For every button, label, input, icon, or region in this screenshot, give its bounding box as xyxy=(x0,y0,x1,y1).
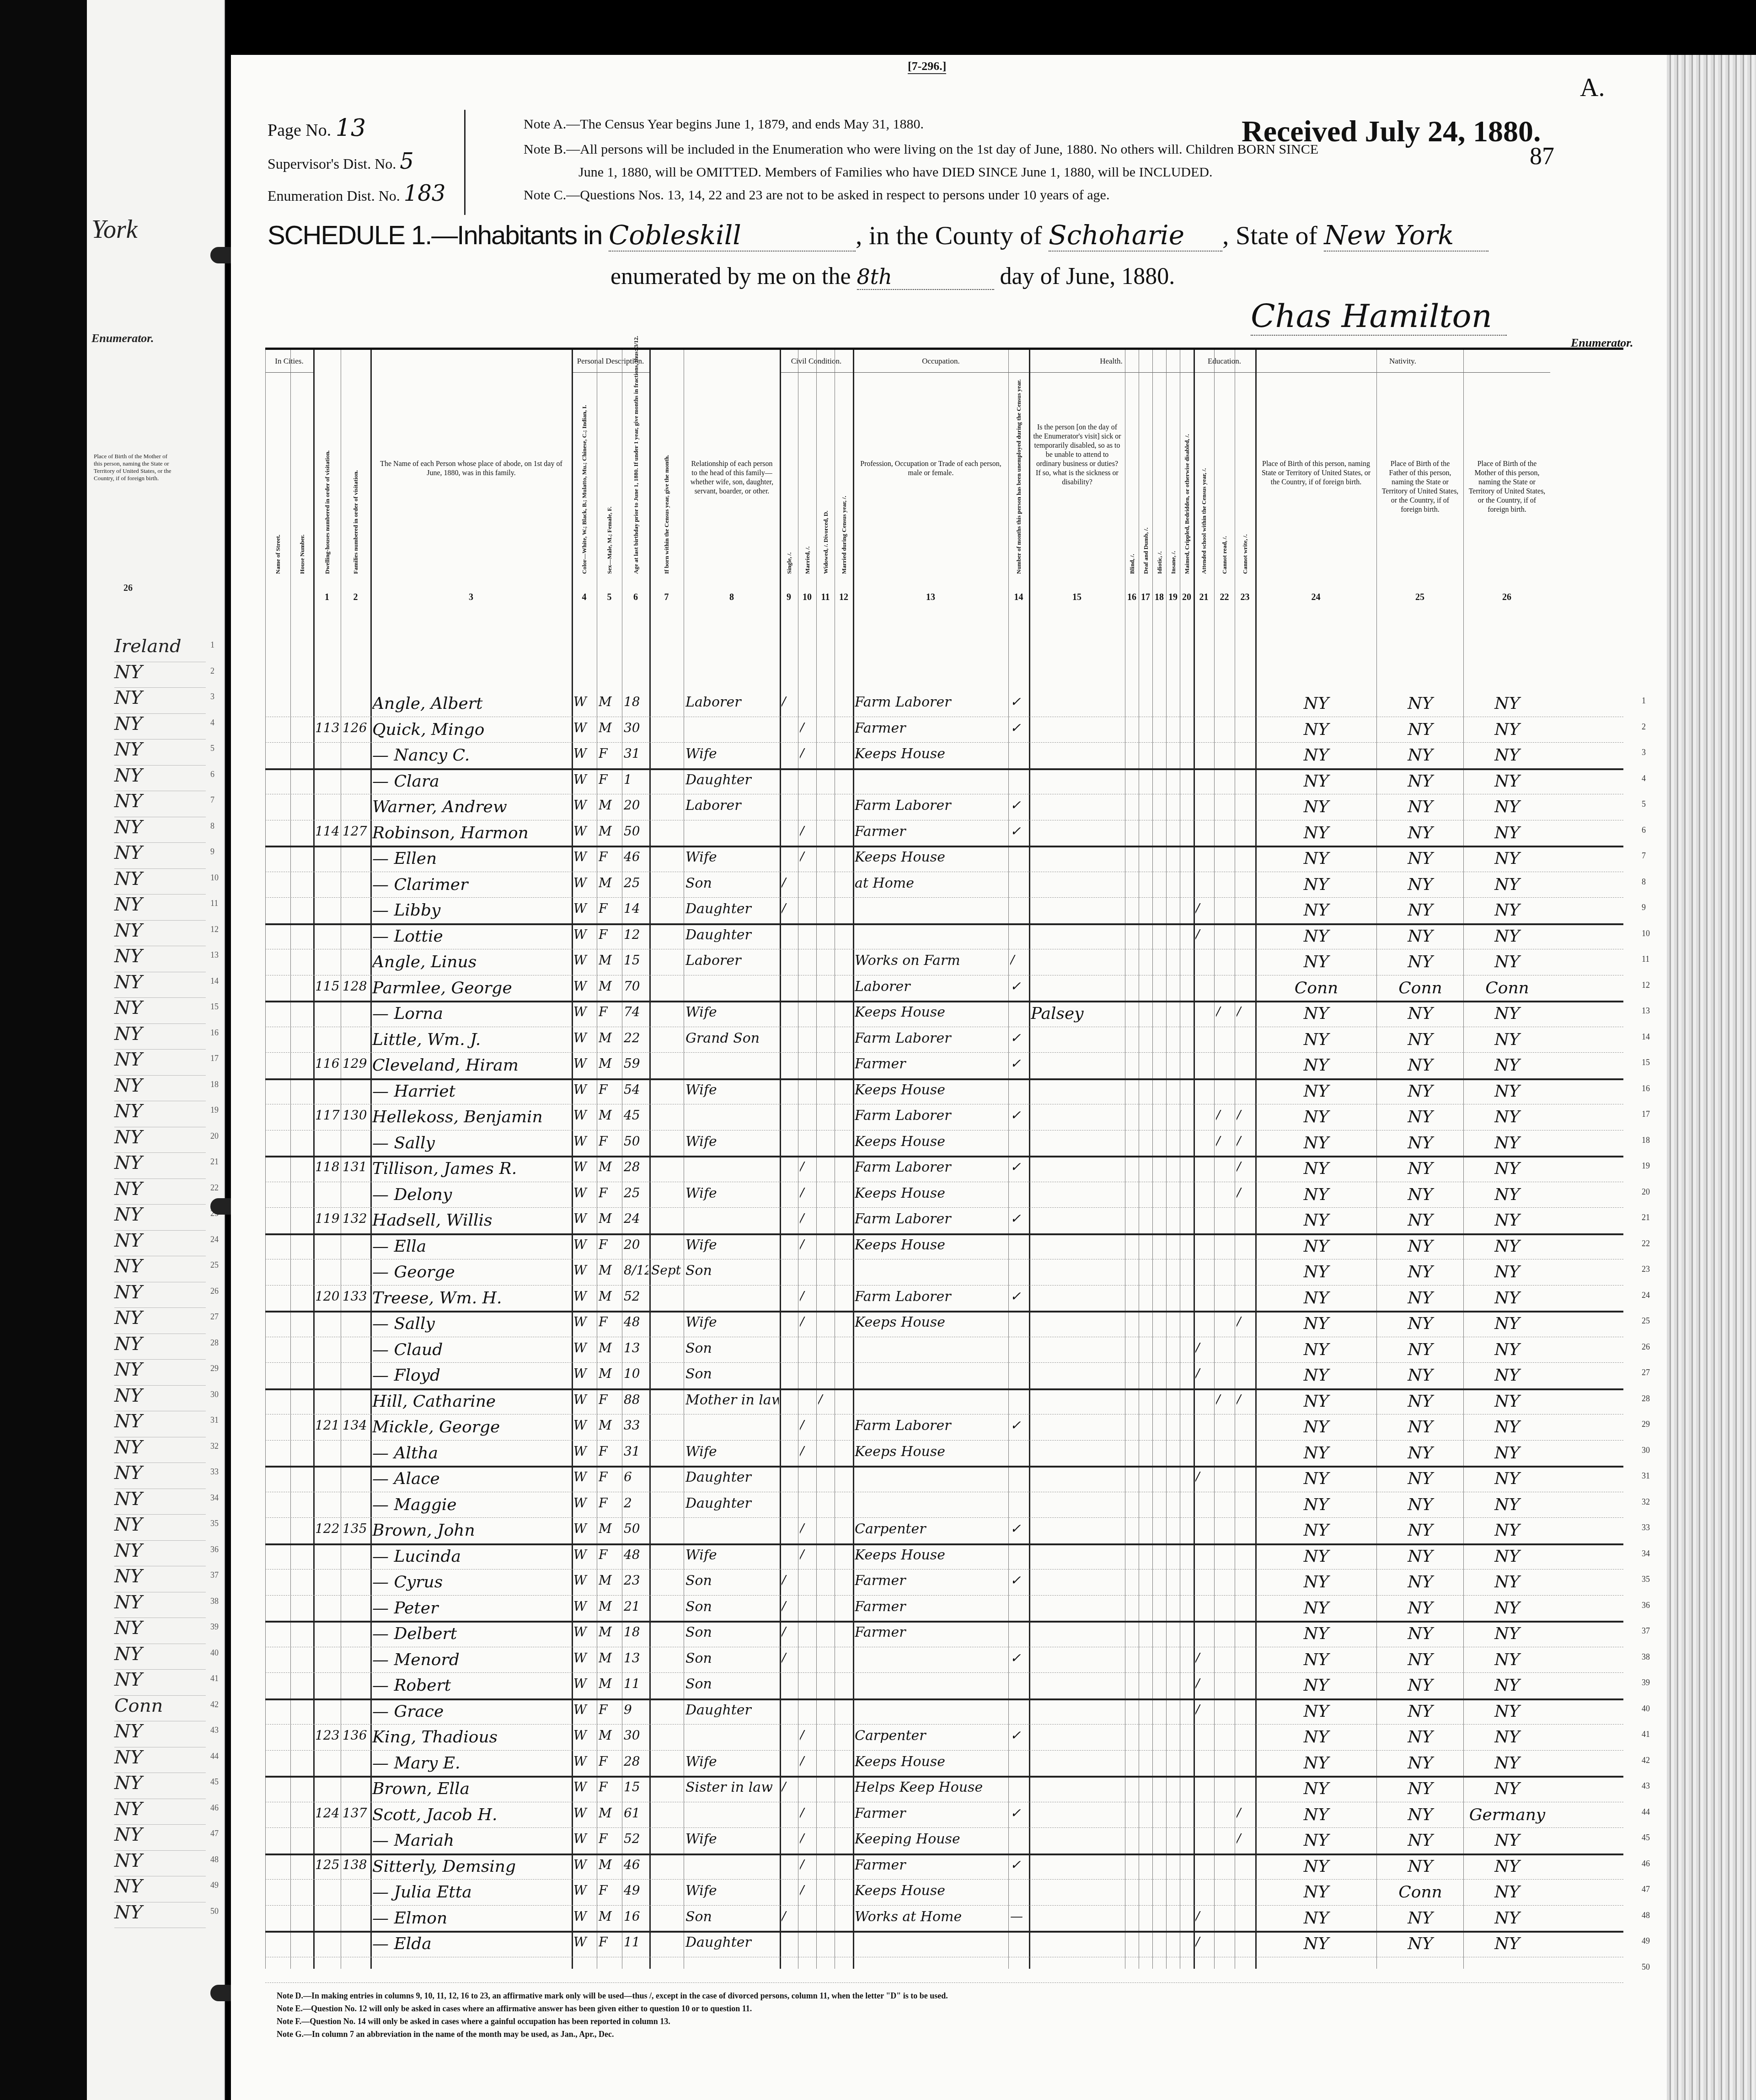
census-row: 114127Robinson, HarmonWM50/Farmer✓NYNYNY… xyxy=(265,820,1623,848)
footnotes: Note D.—In making entries in columns 9, … xyxy=(277,1989,948,2041)
cell-occupation: Farm Laborer xyxy=(855,1030,1007,1046)
column-header-c5: Sex—Male, M.; Female, F. xyxy=(597,377,622,583)
census-row: Warner, AndrewWM20LaborerFarm Laborer✓NY… xyxy=(265,794,1623,820)
cell-single: / xyxy=(782,1624,797,1639)
cell-married: / xyxy=(800,849,815,864)
cell-age: 18 xyxy=(624,694,648,709)
cell-name: Scott, Jacob H. xyxy=(372,1805,571,1824)
row-number: 26 xyxy=(1642,1342,1650,1352)
prev-page-col26-cell: NY xyxy=(114,713,206,740)
prev-page-col26-cell: NY xyxy=(114,1773,206,1799)
column-number: 10 xyxy=(798,592,816,603)
census-row: — CyrusWM23Son/Farmer✓NYNYNY35 xyxy=(265,1569,1623,1596)
cell-birth: NY xyxy=(1257,694,1376,713)
cell-color: W xyxy=(573,1314,596,1329)
county-value: Schoharie xyxy=(1049,220,1222,252)
cell-occupation: Farmer xyxy=(855,1624,1007,1640)
column-number: 9 xyxy=(780,592,798,603)
census-row: 125138Sitterly, DemsingWM46/Farmer✓NYNYN… xyxy=(265,1854,1623,1880)
prev-page-row-number: 35 xyxy=(210,1519,219,1528)
census-row: — PeterWM21Son/FarmerNYNYNY36 xyxy=(265,1595,1623,1623)
cell-name: Treese, Wm. H. xyxy=(372,1289,571,1307)
prev-page-row-number: 31 xyxy=(210,1415,219,1425)
cell-married: / xyxy=(800,1418,815,1433)
census-row: — Nancy C.WF31Wife/Keeps HouseNYNYNY3 xyxy=(265,742,1623,770)
column-number: 21 xyxy=(1194,592,1214,603)
cell-birth: NY xyxy=(1257,849,1376,868)
prev-page-row-number: 28 xyxy=(210,1338,219,1348)
cell-father: NY xyxy=(1378,1624,1462,1643)
enumerated-line: enumerated by me on the 8th day of June,… xyxy=(610,263,1175,290)
cell-occupation: Keeping House xyxy=(855,1831,1007,1847)
cell-name: — Julia Etta xyxy=(372,1883,571,1902)
prev-page-row-number: 21 xyxy=(210,1157,219,1167)
cell-family: 127 xyxy=(343,824,369,839)
cell-mother: NY xyxy=(1465,1754,1549,1773)
cell-unemployed: / xyxy=(1010,953,1028,968)
column-number: 25 xyxy=(1376,592,1463,603)
cell-mother: NY xyxy=(1465,875,1549,894)
cell-birth: NY xyxy=(1257,1030,1376,1049)
prev-page-col26-cell: NY xyxy=(114,1023,206,1050)
prev-page-row-number: 24 xyxy=(210,1235,219,1244)
census-row: 115128Parmlee, GeorgeWM70Laborer✓ConnCon… xyxy=(265,975,1623,1003)
prev-page-col26-cell: NY xyxy=(114,791,206,817)
column-header-c21: Attended school within the Census year, … xyxy=(1194,377,1214,583)
cell-sex: M xyxy=(599,1108,621,1123)
cell-color: W xyxy=(573,1134,596,1149)
cell-married: / xyxy=(800,1444,815,1459)
cell-occupation: Farm Laborer xyxy=(855,798,1007,814)
cell-color: W xyxy=(573,1779,596,1795)
cell-color: W xyxy=(573,1418,596,1433)
cell-mother: NY xyxy=(1465,798,1549,816)
cell-color: W xyxy=(573,746,596,761)
cell-sex: F xyxy=(599,1004,621,1019)
cell-age: 14 xyxy=(624,901,648,916)
prev-page-row-number: 6 xyxy=(210,770,214,779)
cell-relation: Son xyxy=(685,1573,779,1589)
cell-age: 46 xyxy=(624,849,648,864)
cell-father: NY xyxy=(1378,772,1462,791)
prev-page-col26-cell: NY xyxy=(114,1876,206,1902)
cell-sex: M xyxy=(599,1289,621,1304)
census-row: — LucindaWF48Wife/Keeps HouseNYNYNY34 xyxy=(265,1543,1623,1570)
cell-school: / xyxy=(1195,1934,1213,1950)
cell-name: Hadsell, Willis xyxy=(372,1211,571,1230)
prev-page-row-number: 50 xyxy=(210,1907,219,1916)
cell-mother: NY xyxy=(1465,1082,1549,1101)
cell-birth: NY xyxy=(1257,1754,1376,1773)
cell-dwelling: 124 xyxy=(315,1805,340,1821)
cell-occupation: Keeps House xyxy=(855,1444,1007,1460)
previous-page-margin: York Enumerator. Place of Birth of the M… xyxy=(87,0,225,2100)
cell-father: NY xyxy=(1378,720,1462,739)
row-number: 16 xyxy=(1642,1084,1650,1093)
cell-unemployed: ✓ xyxy=(1010,694,1028,709)
cell-occupation: Keeps House xyxy=(855,1185,1007,1201)
cell-occupation: Works on Farm xyxy=(855,953,1007,969)
cell-relation: Daughter xyxy=(685,1469,779,1485)
cell-age: 52 xyxy=(624,1289,648,1304)
row-number: 10 xyxy=(1642,929,1650,938)
cell-name: Quick, Mingo xyxy=(372,720,571,739)
cell-sex: M xyxy=(599,1805,621,1821)
column-header-c7: If born within the Census year, give the… xyxy=(649,377,684,583)
cell-occupation: Keeps House xyxy=(855,1883,1007,1899)
cell-relation: Wife xyxy=(685,1004,779,1020)
cell-birth: NY xyxy=(1257,1909,1376,1928)
cell-name: — Sally xyxy=(372,1134,571,1152)
census-row: — ElmonWM16Son/Works at Home—/NYNYNY48 xyxy=(265,1905,1623,1933)
column-group-nativity: Nativity. xyxy=(1255,357,1550,373)
prev-page-row-number: 30 xyxy=(210,1390,219,1399)
census-row: 120133Treese, Wm. H.WM52/Farm Laborer✓NY… xyxy=(265,1285,1623,1313)
census-row: — SallyWF50WifeKeeps House//NYNYNY18 xyxy=(265,1130,1623,1158)
cell-sex: F xyxy=(599,1702,621,1717)
cell-color: W xyxy=(573,720,596,735)
cell-cannot-read: / xyxy=(1216,1392,1234,1407)
prev-page-col26-cell: NY xyxy=(114,765,206,792)
column-number: 3 xyxy=(370,592,572,603)
prev-page-row-number: 12 xyxy=(210,925,219,934)
cell-birth: NY xyxy=(1257,1314,1376,1333)
cell-married: / xyxy=(800,1754,815,1769)
row-number: 27 xyxy=(1642,1368,1650,1377)
cell-name: — Libby xyxy=(372,901,571,920)
cell-color: W xyxy=(573,1547,596,1562)
column-number: 7 xyxy=(649,592,684,603)
column-number: 18 xyxy=(1152,592,1166,603)
cell-sex: M xyxy=(599,1521,621,1536)
cell-birth: NY xyxy=(1257,875,1376,894)
cell-color: W xyxy=(573,979,596,994)
cell-father: NY xyxy=(1378,1366,1462,1385)
cell-father: NY xyxy=(1378,798,1462,816)
census-row: — MenordWM13Son/✓/NYNYNY38 xyxy=(265,1647,1623,1673)
cell-color: W xyxy=(573,927,596,942)
column-header-c3: The Name of each Person whose place of a… xyxy=(370,377,572,583)
cell-father: NY xyxy=(1378,1676,1462,1695)
cell-age: 74 xyxy=(624,1004,648,1019)
prev-page-col26-cell: NY xyxy=(114,1359,206,1386)
schedule-line: SCHEDULE 1.—Inhabitants in Cobleskill, i… xyxy=(268,220,1488,252)
column-number: 6 xyxy=(622,592,649,603)
cell-father: NY xyxy=(1378,1547,1462,1566)
cell-mother: NY xyxy=(1465,1159,1549,1178)
row-number: 32 xyxy=(1642,1497,1650,1507)
cell-family: 134 xyxy=(343,1418,369,1433)
cell-sex: M xyxy=(599,1599,621,1614)
cell-father: NY xyxy=(1378,1444,1462,1462)
cell-color: W xyxy=(573,1702,596,1717)
cell-color: W xyxy=(573,1082,596,1097)
prev-page-row-number: 29 xyxy=(210,1364,219,1373)
cell-mother: Germany xyxy=(1465,1805,1549,1824)
row-number: 39 xyxy=(1642,1678,1650,1687)
cell-sex: M xyxy=(599,1340,621,1355)
cell-sex: M xyxy=(599,1857,621,1872)
cell-occupation: Farm Laborer xyxy=(855,1418,1007,1434)
cell-father: NY xyxy=(1378,1779,1462,1798)
cell-sex: F xyxy=(599,746,621,761)
cell-father: NY xyxy=(1378,1702,1462,1721)
cell-mother: NY xyxy=(1465,1469,1549,1488)
cell-mother: NY xyxy=(1465,1779,1549,1798)
census-row: — LottieWF12Daughter/NYNYNY10 xyxy=(265,923,1623,950)
cell-mother: NY xyxy=(1465,1418,1549,1436)
column-header-c15: Is the person [on the day of the Enumera… xyxy=(1029,377,1125,583)
cell-family: 131 xyxy=(343,1159,369,1174)
cell-sex: M xyxy=(599,1211,621,1226)
cell-single: / xyxy=(782,1779,797,1795)
cell-sex: M xyxy=(599,824,621,839)
cell-mother: NY xyxy=(1465,1573,1549,1591)
cell-relation: Daughter xyxy=(685,901,779,917)
cell-cannot-write: / xyxy=(1237,1004,1254,1019)
row-number: 31 xyxy=(1642,1471,1650,1481)
cell-color: W xyxy=(573,1754,596,1769)
cell-age: 8/12 xyxy=(624,1263,648,1278)
row-number: 3 xyxy=(1642,748,1646,757)
cell-birth: NY xyxy=(1257,927,1376,946)
cell-relation: Wife xyxy=(685,1082,779,1098)
cell-sex: M xyxy=(599,1418,621,1433)
cell-occupation: Farm Laborer xyxy=(855,1108,1007,1124)
cell-birth: NY xyxy=(1257,1366,1376,1385)
cell-birth: NY xyxy=(1257,901,1376,920)
cell-birth: NY xyxy=(1257,824,1376,842)
cell-occupation: Farmer xyxy=(855,824,1007,840)
census-row: 50 xyxy=(265,1957,1623,1983)
cell-age: 61 xyxy=(624,1805,648,1821)
cell-sex: F xyxy=(599,1547,621,1562)
census-row: — EldaWF11Daughter/NYNYNY49 xyxy=(265,1931,1623,1957)
cell-birth: NY xyxy=(1257,1728,1376,1746)
prev-page-row-number: 48 xyxy=(210,1855,219,1864)
census-row: 123136King, ThadiousWM30/Carpenter✓NYNYN… xyxy=(265,1724,1623,1751)
census-row: — LornaWF74WifeKeeps HousePalsey//NYNYNY… xyxy=(265,1001,1623,1027)
row-number: 19 xyxy=(1642,1161,1650,1171)
prev-page-row-number: 18 xyxy=(210,1080,219,1089)
cell-age: 59 xyxy=(624,1056,648,1071)
cell-father: NY xyxy=(1378,1521,1462,1540)
prev-page-row-number: 40 xyxy=(210,1648,219,1658)
column-header-c16: Blind, /. xyxy=(1125,377,1139,583)
cell-color: W xyxy=(573,1108,596,1123)
prev-page-col26-cell: NY xyxy=(114,1437,206,1463)
cell-age: 13 xyxy=(624,1340,648,1355)
cell-birth: NY xyxy=(1257,1934,1376,1953)
row-number: 36 xyxy=(1642,1601,1650,1610)
cell-name: Little, Wm. J. xyxy=(372,1030,571,1049)
prev-page-col26-cell: NY xyxy=(114,1462,206,1489)
cell-name: — Cyrus xyxy=(372,1573,571,1591)
prev-page-col26-cell: NY xyxy=(114,817,206,843)
prev-page-row-number: 22 xyxy=(210,1183,219,1193)
prev-page-row-number: 8 xyxy=(210,821,214,831)
prev-page-row-number: 3 xyxy=(210,692,214,702)
prev-page-col26-cell: NY xyxy=(114,1334,206,1360)
prev-page-row-number: 25 xyxy=(210,1260,219,1270)
column-header-c11: Widowed, /. Divorced, D. xyxy=(816,377,835,583)
cell-name: — George xyxy=(372,1263,571,1281)
cell-occupation: Farm Laborer xyxy=(855,1289,1007,1305)
column-number: 12 xyxy=(835,592,853,603)
town-value: Cobleskill xyxy=(609,220,856,252)
cell-birth: NY xyxy=(1257,798,1376,816)
cell-sex: F xyxy=(599,1495,621,1511)
cell-name: Angle, Linus xyxy=(372,953,571,971)
cell-color: W xyxy=(573,1159,596,1174)
cell-age: 21 xyxy=(624,1599,648,1614)
cell-birth: NY xyxy=(1257,1211,1376,1230)
cell-mother: NY xyxy=(1465,824,1549,842)
census-row: — DelonyWF25Wife/Keeps House/NYNYNY20 xyxy=(265,1182,1623,1208)
cell-cannot-write: / xyxy=(1237,1314,1254,1329)
cell-mother: NY xyxy=(1465,1624,1549,1643)
cell-school: / xyxy=(1195,927,1213,942)
day-value: 8th xyxy=(857,264,994,290)
note-b-line2: June 1, 1880, will be OMITTED. Members o… xyxy=(578,165,1212,180)
cell-relation: Wife xyxy=(685,1237,779,1253)
cell-name: — Nancy C. xyxy=(372,746,571,765)
cell-age: 50 xyxy=(624,824,648,839)
cell-unemployed: ✓ xyxy=(1010,1805,1028,1821)
prev-page-row-number: 38 xyxy=(210,1596,219,1606)
cell-color: W xyxy=(573,1909,596,1924)
census-row: Little, Wm. J.WM22Grand SonFarm Laborer✓… xyxy=(265,1027,1623,1053)
cell-name: — Elda xyxy=(372,1934,571,1953)
prev-page-col26-cell: NY xyxy=(114,1850,206,1877)
cell-sex: F xyxy=(599,1314,621,1329)
census-row: — ClaraWF1DaughterNYNYNY4 xyxy=(265,768,1623,795)
row-number: 34 xyxy=(1642,1549,1650,1559)
cell-father: NY xyxy=(1378,1134,1462,1152)
cell-color: W xyxy=(573,824,596,839)
census-row: Angle, LinusWM15LaborerWorks on Farm/NYN… xyxy=(265,949,1623,975)
cell-age: 88 xyxy=(624,1392,648,1407)
cell-father: NY xyxy=(1378,1418,1462,1436)
row-number: 43 xyxy=(1642,1781,1650,1791)
prev-page-row-number: 41 xyxy=(210,1674,219,1683)
cell-age: 33 xyxy=(624,1418,648,1433)
cell-sex: F xyxy=(599,1883,621,1898)
prev-page-row-number: 17 xyxy=(210,1054,219,1063)
cell-occupation: Farmer xyxy=(855,1056,1007,1072)
cell-father: Conn xyxy=(1378,1883,1462,1902)
cell-age: 20 xyxy=(624,798,648,813)
prev-page-row-number: 43 xyxy=(210,1725,219,1735)
cell-cannot-read: / xyxy=(1216,1004,1234,1019)
prev-page-row-number: 4 xyxy=(210,718,214,728)
census-row: — ClarimerWM25Son/at HomeNYNYNY8 xyxy=(265,872,1623,898)
cell-name: — Harriet xyxy=(372,1082,571,1101)
cell-widowed: / xyxy=(818,1392,834,1407)
prev-page-row-number: 5 xyxy=(210,744,214,753)
cell-occupation: at Home xyxy=(855,875,1007,891)
cell-mother: NY xyxy=(1465,901,1549,920)
cell-name: — Clara xyxy=(372,772,571,791)
prev-page-col26-cell: NY xyxy=(114,1127,206,1153)
cell-unemployed: ✓ xyxy=(1010,1159,1028,1174)
cell-birth: NY xyxy=(1257,1004,1376,1023)
prev-page-col26-cell: NY xyxy=(114,1824,206,1851)
cell-name: Hellekoss, Benjamin xyxy=(372,1108,571,1126)
cell-mother: NY xyxy=(1465,1185,1549,1204)
cell-unemployed: ✓ xyxy=(1010,1418,1028,1433)
cell-sex: F xyxy=(599,927,621,942)
cell-mother: NY xyxy=(1465,720,1549,739)
cell-relation: Son xyxy=(685,1909,779,1925)
cell-sex: F xyxy=(599,1831,621,1846)
column-header-c13: Profession, Occupation or Trade of each … xyxy=(853,377,1008,583)
cell-family: 129 xyxy=(343,1056,369,1071)
cell-sex: M xyxy=(599,1263,621,1278)
cell-mother: NY xyxy=(1465,849,1549,868)
cell-family: 132 xyxy=(343,1211,369,1226)
cell-single: / xyxy=(782,901,797,916)
cell-sex: F xyxy=(599,1934,621,1950)
cell-birth: NY xyxy=(1257,1521,1376,1540)
cell-color: W xyxy=(573,772,596,787)
column-number: 19 xyxy=(1166,592,1180,603)
census-row: Brown, EllaWF15Sister in law/Helps Keep … xyxy=(265,1776,1623,1802)
cell-month: Sept xyxy=(651,1263,683,1278)
prev-page-col26-cell: NY xyxy=(114,1411,206,1437)
cell-age: 25 xyxy=(624,875,648,890)
prev-page-col26-cell: NY xyxy=(114,1592,206,1618)
prev-page-col26-cell: NY xyxy=(114,1799,206,1825)
form-number: [7-296.] xyxy=(908,59,946,74)
cell-family: 128 xyxy=(343,979,369,994)
cell-color: W xyxy=(573,1444,596,1459)
cell-birth: NY xyxy=(1257,1573,1376,1591)
cell-color: W xyxy=(573,1263,596,1278)
cell-father: NY xyxy=(1378,1108,1462,1126)
cell-single: / xyxy=(782,1909,797,1924)
cell-birth: NY xyxy=(1257,1263,1376,1281)
cell-name: Tillison, James R. xyxy=(372,1159,571,1178)
cell-age: 11 xyxy=(624,1934,648,1950)
row-number: 2 xyxy=(1642,722,1646,732)
cell-occupation: Keeps House xyxy=(855,1314,1007,1330)
census-row: 113126Quick, MingoWM30/Farmer✓NYNYNY2 xyxy=(265,717,1623,743)
prev-page-col26-number: 26 xyxy=(123,583,133,594)
prev-page-col26-cell: NY xyxy=(114,662,206,688)
prev-page-row-number: 42 xyxy=(210,1700,219,1709)
cell-relation: Mother in law xyxy=(685,1392,779,1408)
column-number: 26 xyxy=(1463,592,1550,603)
cell-dwelling: 122 xyxy=(315,1521,340,1536)
cell-birth: NY xyxy=(1257,953,1376,971)
cell-mother: NY xyxy=(1465,1831,1549,1850)
cell-occupation: Keeps House xyxy=(855,1237,1007,1253)
cell-birth: NY xyxy=(1257,1779,1376,1798)
prev-page-row-number: 47 xyxy=(210,1829,219,1838)
census-row: 118131Tillison, James R.WM28/Farm Labore… xyxy=(265,1156,1623,1182)
prev-page-col26-cell: NY xyxy=(114,946,206,972)
prev-page-col26-cell: NY xyxy=(114,1644,206,1670)
footnote-d: Note D.—In making entries in columns 9, … xyxy=(277,1989,948,2002)
stamp-page-number: 87 xyxy=(1530,142,1554,170)
prev-page-col26-cell: NY xyxy=(114,1514,206,1541)
cell-name: Robinson, Harmon xyxy=(372,824,571,842)
cell-dwelling: 115 xyxy=(315,979,340,994)
cell-sex: M xyxy=(599,1030,621,1045)
cell-occupation: Keeps House xyxy=(855,1082,1007,1098)
row-number: 25 xyxy=(1642,1316,1650,1326)
